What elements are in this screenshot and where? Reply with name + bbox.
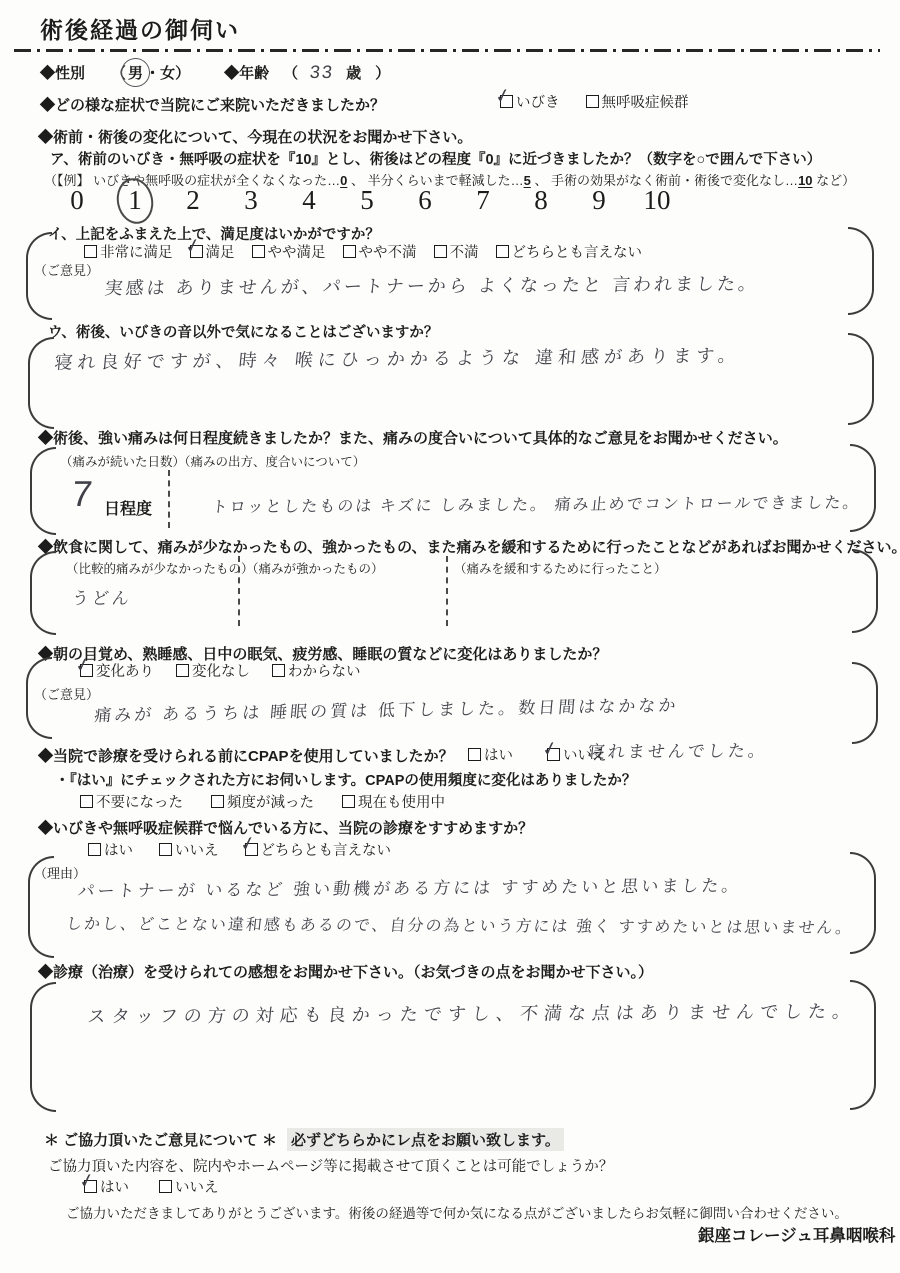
consent-note-prefix: ＊ ご協力頂いたご意見について ＊ bbox=[44, 1129, 277, 1150]
scanned-questionnaire: 術後経過の御伺い ◆性別 （ 男 ・ 女 ） ◆年齢 （ 33 歳 ） ◆どの様… bbox=[0, 0, 900, 1273]
consent-question: ご協力頂いた内容を、院内やホームページ等に掲載させて頂くことは可能でしょうか？ bbox=[48, 1155, 613, 1176]
checkbox-icon bbox=[468, 748, 481, 761]
pain-question: ◆術後、強い痛みは何日程度続きましたか？また、痛みの度合いについて具体的なご意見… bbox=[38, 427, 788, 448]
checkbox-icon bbox=[252, 245, 265, 258]
pain-handwritten-comment: トロッとしたものは キズに しみました。 痛み止めでコントロールできました。 bbox=[211, 490, 862, 518]
consent-options: はい いいえ bbox=[84, 1176, 219, 1197]
checkbox-icon bbox=[80, 664, 93, 677]
checkbox-icon bbox=[272, 664, 285, 677]
scale-number-8: 8 bbox=[512, 185, 570, 216]
dashed-column-divider bbox=[168, 470, 170, 528]
more-painful-food-label: （痛みが強かったもの） bbox=[246, 559, 384, 577]
sleep-handwritten-comment-line1: 痛みが あるうちは 睡眠の質は 低下しました。数日間はなかなか bbox=[93, 691, 679, 726]
checkbox-consent-no: いいえ bbox=[159, 1176, 219, 1197]
checkbox-icon bbox=[245, 843, 258, 856]
checkbox-icon bbox=[342, 795, 355, 808]
checkbox-label: 不要になった bbox=[96, 791, 183, 812]
checkbox-label: いいえ bbox=[563, 744, 607, 765]
checkbox-label: はい bbox=[104, 839, 133, 860]
cpap-followup-options: 不要になった 頻度が減った 現在も使用中 bbox=[80, 791, 445, 812]
checkbox-icon bbox=[84, 1180, 97, 1193]
checkbox-icon bbox=[496, 245, 509, 258]
checkbox-icon bbox=[176, 664, 189, 677]
checkbox-very-satisfied: 非常に満足 bbox=[84, 241, 173, 262]
bracket-left bbox=[30, 551, 56, 635]
reason-handwritten-line2: しかし、どことない違和感もあるので、自分の為という方には 強く すすめたいとは思… bbox=[65, 911, 855, 938]
checkbox-somewhat-satisfied: やや満足 bbox=[252, 241, 326, 262]
checkbox-label: はい bbox=[484, 744, 513, 765]
checkbox-icon bbox=[211, 795, 224, 808]
example-text: など） bbox=[813, 173, 856, 188]
checkbox-icon bbox=[434, 245, 447, 258]
gender-female: 女 bbox=[160, 62, 175, 83]
checkbox-no-longer-needed: 不要になった bbox=[80, 791, 183, 812]
checkbox-frequency-decreased: 頻度が減った bbox=[211, 791, 314, 812]
bracket-right bbox=[850, 444, 876, 532]
checkbox-recommend-yes: はい bbox=[88, 839, 133, 860]
bracket-right bbox=[848, 333, 874, 425]
age-paren-open: （ bbox=[283, 62, 298, 83]
cpap-followup-question: ・『はい』にチェックされた方にお伺いします。CPAPの使用頻度に変化はありました… bbox=[55, 769, 636, 790]
checkbox-icon bbox=[547, 748, 560, 761]
bracket-right bbox=[852, 662, 878, 744]
profile-row: ◆性別 （ 男 ・ 女 ） ◆年齢 （ 33 歳 ） bbox=[40, 62, 390, 83]
scale-number-5: 5 bbox=[338, 185, 396, 216]
checkbox-cpap-no: いいえ bbox=[547, 744, 607, 765]
checkbox-label: 満足 bbox=[206, 241, 235, 262]
consent-note-emphasis: 必ずどちらかにレ点をお願い致します。 bbox=[287, 1128, 564, 1151]
scale-number-9: 9 bbox=[570, 185, 628, 216]
checkbox-label: 現在も使用中 bbox=[358, 791, 445, 812]
checkbox-neither: どちらとも言えない bbox=[496, 241, 643, 262]
age-paren-close: ） bbox=[375, 62, 390, 83]
checkbox-label: どちらとも言えない bbox=[261, 839, 392, 860]
checkbox-icon bbox=[343, 245, 356, 258]
bracket-left bbox=[28, 856, 54, 958]
consent-note: ＊ ご協力頂いたご意見について ＊ 必ずどちらかにレ点をお願い致します。 bbox=[44, 1128, 564, 1151]
concern-handwritten-comment: 寝れ良好ですが、時々 喉にひっかかるような 違和感があります。 bbox=[53, 341, 742, 374]
gender-male-circled: 男 bbox=[126, 62, 145, 83]
bracket-right bbox=[850, 852, 876, 954]
age-unit: 歳 bbox=[346, 62, 361, 83]
pain-detail-label: （痛みの出方、度合いについて） bbox=[178, 452, 365, 470]
checkbox-label: 無呼吸症候群 bbox=[602, 91, 689, 112]
pain-days-unit: 日程度 bbox=[104, 496, 152, 519]
checkbox-cpap-yes: はい bbox=[468, 744, 513, 765]
change-section-heading: ◆術前・術後の変化について、今現在の状況をお聞かせ下さい。 bbox=[38, 126, 472, 147]
checkbox-label: 変化あり bbox=[96, 660, 154, 681]
sleep-handwritten-comment-line2: 寝れませんでした。 bbox=[587, 736, 770, 763]
checkbox-label: 非常に満足 bbox=[100, 241, 173, 262]
gender-label: ◆性別 bbox=[40, 62, 85, 83]
bracket-right bbox=[852, 549, 878, 633]
scale-number-7: 7 bbox=[454, 185, 512, 216]
checkbox-icon bbox=[80, 795, 93, 808]
impression-question: ◆診療（治療）を受けられての感想をお聞かせ下さい。（お気づきの点をお聞かせ下さい… bbox=[38, 961, 653, 982]
checkbox-label: いびき bbox=[516, 91, 560, 112]
checkbox-label: どちらとも言えない bbox=[512, 241, 643, 262]
checkbox-icon bbox=[190, 245, 203, 258]
checkbox-changed: 変化あり bbox=[80, 660, 154, 681]
pain-days-label: （痛みが続いた日数） bbox=[60, 452, 185, 470]
bracket-left bbox=[28, 337, 54, 429]
bracket-left bbox=[30, 447, 56, 535]
checkbox-icon bbox=[159, 843, 172, 856]
satisfaction-handwritten-comment: 実感は ありませんが、パートナーから よくなったと 言われました。 bbox=[103, 270, 760, 301]
age-value-handwritten: 33 bbox=[309, 62, 335, 83]
cpap-question: ◆当院で診療を受けられる前にCPAPを使用していましたか？ bbox=[38, 745, 454, 766]
scale-number-1-circled: 1 bbox=[106, 185, 164, 216]
dashed-column-divider bbox=[446, 556, 448, 626]
checkbox-snoring: いびき bbox=[500, 91, 560, 112]
checkbox-icon bbox=[586, 95, 599, 108]
cpap-options: はい いいえ bbox=[468, 744, 607, 765]
example-number-10: 10 bbox=[798, 173, 812, 188]
checkbox-consent-yes: はい bbox=[84, 1176, 129, 1197]
scale-number-3: 3 bbox=[222, 185, 280, 216]
symptom-question: ◆どの様な症状で当院にご来院いただきましたか？ bbox=[40, 94, 385, 115]
checkbox-icon bbox=[500, 95, 513, 108]
scale-number-6: 6 bbox=[396, 185, 454, 216]
checkbox-still-using: 現在も使用中 bbox=[342, 791, 445, 812]
checkbox-icon bbox=[159, 1180, 172, 1193]
bracket-left bbox=[26, 232, 52, 320]
thanks-message: ご協力いただきましてありがとうございます。術後の経過等で何か気になる点がございま… bbox=[66, 1202, 848, 1222]
recommend-options: はい いいえ どちらとも言えない bbox=[88, 839, 391, 860]
rating-scale: 0 1 2 3 4 5 6 7 8 9 10 bbox=[48, 185, 686, 216]
symptom-options: いびき 無呼吸症候群 bbox=[500, 91, 689, 112]
eating-question: ◆飲食に関して、痛みが少なかったもの、強かったもの、また痛みを緩和するために行っ… bbox=[38, 536, 900, 557]
clinic-name: 銀座コレージュ耳鼻咽喉科 bbox=[698, 1222, 895, 1246]
checkbox-label: 不満 bbox=[450, 241, 479, 262]
checkbox-no-change: 変化なし bbox=[176, 660, 250, 681]
other-concern-question: ウ、術後、いびきの音以外で気になることはございますか？ bbox=[48, 321, 438, 342]
reason-handwritten-line1: パートナーが いるなど 強い動機がある方には すすめたいと思いました。 bbox=[77, 871, 743, 902]
age-label: ◆年齢 bbox=[224, 62, 269, 83]
less-painful-food-label: （比較的痛みが少なかったもの） bbox=[66, 559, 254, 577]
pain-relief-action-label: （痛みを緩和するために行ったこと） bbox=[454, 559, 667, 577]
checkbox-recommend-neither: どちらとも言えない bbox=[245, 839, 392, 860]
dash-dot-divider bbox=[14, 49, 880, 52]
checkbox-satisfied: 満足 bbox=[190, 241, 235, 262]
checkbox-somewhat-dissatisfied: やや不満 bbox=[343, 241, 417, 262]
checkbox-icon bbox=[88, 843, 101, 856]
scale-number-0: 0 bbox=[48, 185, 106, 216]
checkbox-label: いいえ bbox=[175, 839, 219, 860]
checkbox-apnea: 無呼吸症候群 bbox=[586, 91, 689, 112]
recommend-question: ◆いびきや無呼吸症候群で悩んでいる方に、当院の診療をすすめますか？ bbox=[38, 817, 533, 838]
checkbox-label: はい bbox=[100, 1176, 129, 1197]
bracket-right bbox=[848, 227, 874, 315]
dashed-column-divider bbox=[238, 556, 240, 626]
checkbox-label: いいえ bbox=[175, 1176, 219, 1197]
bracket-left bbox=[26, 657, 52, 739]
change-sub-question: ア、術前のいびき・無呼吸の症状を『10』とし、術後はどの程度『0』に近づきました… bbox=[50, 148, 821, 169]
page-title: 術後経過の御伺い bbox=[40, 12, 240, 45]
pain-days-handwritten-value: 7 bbox=[70, 473, 94, 515]
scale-number-10: 10 bbox=[628, 185, 686, 216]
checkbox-label: 頻度が減った bbox=[227, 791, 314, 812]
checkbox-label: やや不満 bbox=[359, 241, 417, 262]
less-painful-food-handwritten-value: うどん bbox=[71, 584, 134, 609]
checkbox-icon bbox=[84, 245, 97, 258]
scale-number-2: 2 bbox=[164, 185, 222, 216]
checkbox-label: わからない bbox=[288, 660, 361, 681]
impression-handwritten-comment: スタッフの方の対応も良かったですし、不満な点はありませんでした。 bbox=[86, 997, 857, 1028]
checkbox-label: やや満足 bbox=[268, 241, 326, 262]
checkbox-unknown: わからない bbox=[272, 660, 361, 681]
satisfaction-options: 非常に満足 満足 やや満足 やや不満 不満 どちらとも言えない bbox=[84, 241, 642, 262]
checkbox-recommend-no: いいえ bbox=[159, 839, 219, 860]
sleep-options: 変化あり 変化なし わからない bbox=[80, 660, 361, 681]
checkbox-dissatisfied: 不満 bbox=[434, 241, 479, 262]
bracket-left bbox=[30, 982, 56, 1112]
checkbox-label: 変化なし bbox=[192, 660, 250, 681]
scale-number-4: 4 bbox=[280, 185, 338, 216]
gender-paren-close: ） bbox=[175, 62, 190, 83]
